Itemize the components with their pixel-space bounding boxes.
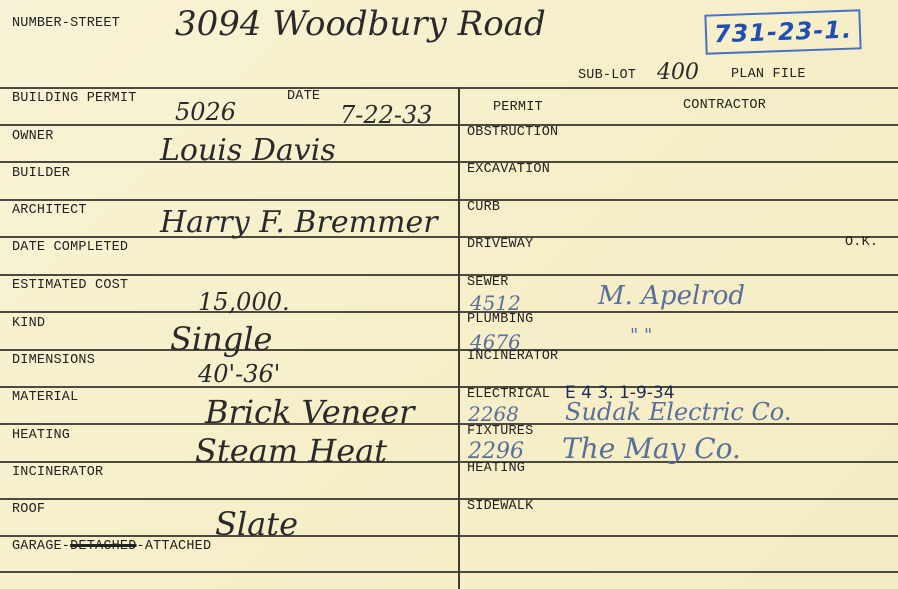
sewer-label: SEWER: [467, 275, 509, 290]
permit-card: NUMBER-STREET 3094 Woodbury Road 731-23-…: [0, 0, 898, 589]
kind-label: KIND: [12, 316, 45, 331]
material-value: Brick Veneer: [205, 393, 414, 431]
contractor-column-header: CONTRACTOR: [683, 98, 766, 113]
garage-suffix: -ATTACHED: [137, 539, 212, 554]
rule-line: [0, 386, 898, 388]
estimated-cost-value: 15,000.: [198, 288, 290, 316]
date-label: DATE: [287, 89, 320, 104]
rule-line: [0, 236, 898, 238]
obstruction-label: OBSTRUCTION: [467, 125, 558, 140]
garage-detached-struck: DETACHED: [70, 539, 136, 554]
driveway-label: DRIVEWAY: [467, 237, 533, 252]
rule-line: [0, 535, 898, 537]
rule-line: [0, 124, 898, 126]
incinerator-label: INCINERATOR: [12, 465, 103, 480]
heating-label: HEATING: [12, 428, 70, 443]
index-stamp: 731-23-1.: [704, 9, 861, 54]
dimensions-value: 40'-36': [198, 360, 280, 388]
architect-label: ARCHITECT: [12, 203, 87, 218]
roof-value: Slate: [215, 505, 298, 543]
number-street-label: NUMBER-STREET: [12, 16, 120, 31]
rule-line: [458, 87, 898, 89]
excavation-label: EXCAVATION: [467, 162, 550, 177]
electrical-contractor: Sudak Electric Co.: [565, 398, 791, 426]
rule-line: [0, 311, 898, 313]
sewer-contractor: M. Apelrod: [598, 281, 745, 311]
rule-line: [0, 199, 898, 201]
plan-file-label: PLAN FILE: [731, 67, 806, 82]
garage-prefix: GARAGE-: [12, 539, 70, 554]
owner-label: OWNER: [12, 129, 54, 144]
sub-lot-value: 400: [657, 60, 699, 85]
estimated-cost-label: ESTIMATED COST: [12, 278, 128, 293]
heating-value: Steam Heat: [195, 432, 387, 470]
dimensions-label: DIMENSIONS: [12, 353, 95, 368]
heating-right-label: HEATING: [467, 461, 525, 476]
incinerator-right-label: INCINERATOR: [467, 349, 558, 364]
builder-label: BUILDER: [12, 166, 70, 181]
date-completed-label: DATE COMPLETED: [12, 240, 128, 255]
fixtures-label: FIXTURES: [467, 424, 533, 439]
electrical-permit: 2268: [468, 402, 519, 426]
fixtures-contractor: The May Co.: [562, 432, 741, 465]
garage-label: GARAGE-DETACHED-ATTACHED: [12, 539, 211, 554]
architect-value: Harry F. Bremmer: [160, 205, 438, 240]
rule-line: [0, 161, 898, 163]
driveway-ok-note: O.K.: [845, 235, 878, 250]
date-value: 7-22-33: [340, 101, 433, 129]
owner-value: Louis Davis: [160, 133, 336, 168]
material-label: MATERIAL: [12, 390, 78, 405]
curb-label: CURB: [467, 200, 500, 215]
plumbing-contractor-ditto: " ": [630, 325, 652, 346]
building-permit-value: 5026: [175, 98, 236, 126]
address-value: 3094 Woodbury Road: [175, 4, 546, 44]
plumbing-label: PLUMBING: [467, 312, 533, 327]
rule-line: [0, 349, 898, 351]
rule-line: [0, 274, 898, 276]
sidewalk-label: SIDEWALK: [467, 499, 533, 514]
rule-line: [0, 87, 458, 89]
column-divider: [458, 87, 460, 589]
building-permit-label: BUILDING PERMIT: [12, 91, 137, 106]
rule-line: [0, 571, 898, 573]
kind-value: Single: [170, 320, 272, 358]
sub-lot-label: SUB-LOT: [578, 68, 636, 83]
rule-line: [0, 498, 898, 500]
permit-column-header: PERMIT: [493, 100, 543, 115]
electrical-label: ELECTRICAL: [467, 387, 550, 402]
roof-label: ROOF: [12, 502, 45, 517]
rule-line: [0, 461, 898, 463]
